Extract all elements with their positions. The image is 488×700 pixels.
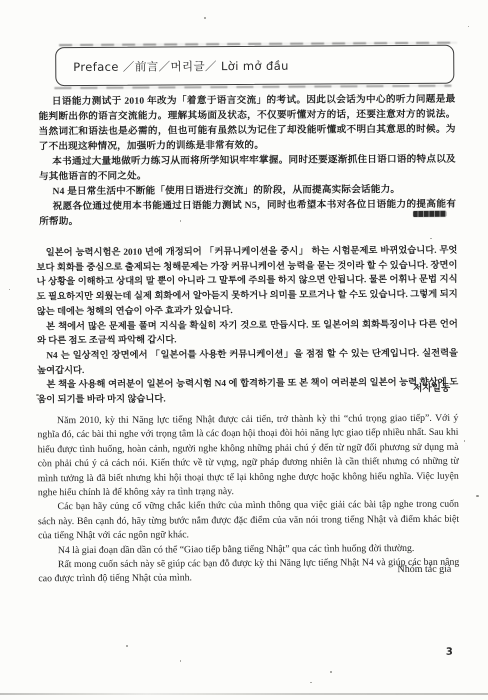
scan-speck [468, 26, 469, 27]
scan-speck [9, 289, 10, 290]
vietnamese-paragraph-4: Rất mong cuốn sách này sẽ giúp các bạn đ… [38, 556, 459, 587]
authors-signature-korean: 저자일동 [413, 380, 450, 394]
korean-paragraph-1: 일본어 능력시험은 2010 년에 개정되어 「커뮤니케이션을 중시」 하는 시… [36, 244, 457, 320]
scan-speck [430, 238, 432, 239]
scan-speck [464, 440, 465, 442]
scan-speck [37, 297, 39, 300]
scan-speck [126, 645, 128, 647]
authors-signature-vietnamese: Nhóm tác giả [397, 564, 451, 575]
scan-speck [36, 394, 39, 396]
smudged-dashes-mark [413, 211, 446, 217]
vietnamese-paragraph-2: Các bạn hãy củng cố vững chắc kiến thức … [38, 498, 459, 544]
scan-speck [330, 671, 332, 673]
scan-tilt-layer: Preface ／前言／머리글／ Lời mở đầu 日语能力测试于 2010… [0, 0, 488, 700]
scan-speck [39, 372, 41, 374]
preface-title-box: Preface ／前言／머리글／ Lời mở đầu [55, 45, 454, 86]
scan-speck [204, 17, 206, 19]
korean-preface-section: 일본어 능력시험은 2010 년에 개정되어 「커뮤니케이션을 중시」 하는 시… [36, 244, 458, 408]
scan-speck [180, 660, 181, 662]
scanned-preface-page: Preface ／前言／머리글／ Lời mở đầu 日语能力测试于 2010… [0, 0, 488, 700]
scan-speck [310, 682, 312, 683]
chinese-paragraph-1: 日语能力测试于 2010 年改为「着意于语言交流」的考试。因此以会话为中心的听力… [38, 92, 455, 155]
chinese-paragraph-4: 祝愿各位通过使用本书能通过日语能力测试 N5，同时也希望本书对各位日语能力的提高… [39, 197, 456, 230]
vietnamese-preface-section: Năm 2010, kỳ thi Năng lực tiếng Nhật đượ… [37, 412, 459, 587]
scan-speck [180, 220, 181, 222]
scan-speck [70, 187, 72, 189]
vietnamese-paragraph-1: Năm 2010, kỳ thi Năng lực tiếng Nhật đượ… [37, 412, 459, 501]
scan-speck [476, 495, 479, 497]
scan-edge-artifact [0, 693, 488, 695]
chinese-paragraph-2: 本书通过大量地做听力练习从而将所学知识牢牢掌握。同时还要逐渐抓住日语口语的特点以… [39, 152, 456, 185]
korean-paragraph-4: 본 책을 사용해 여러분이 일본어 능력시험 N4 에 합격하기를 또 본 책이… [37, 376, 458, 408]
page-title: Preface ／前言／머리글／ Lời mở đầu [73, 57, 289, 74]
chinese-preface-section: 日语能力测试于 2010 年改为「着意于语言交流」的考试。因此以会话为中心的听力… [38, 92, 456, 230]
page-number: 3 [446, 647, 453, 658]
korean-paragraph-2: 본 책에서 많은 문제를 풀며 지식을 확실히 자기 것으로 만듭시다. 또 일… [37, 317, 458, 349]
scan-speck [72, 133, 74, 134]
scan-speck [145, 62, 146, 63]
korean-paragraph-3: N4 는 일상적인 장면에서 「일본어를 사용한 커뮤니케이션」을 점점 할 수… [37, 347, 458, 379]
